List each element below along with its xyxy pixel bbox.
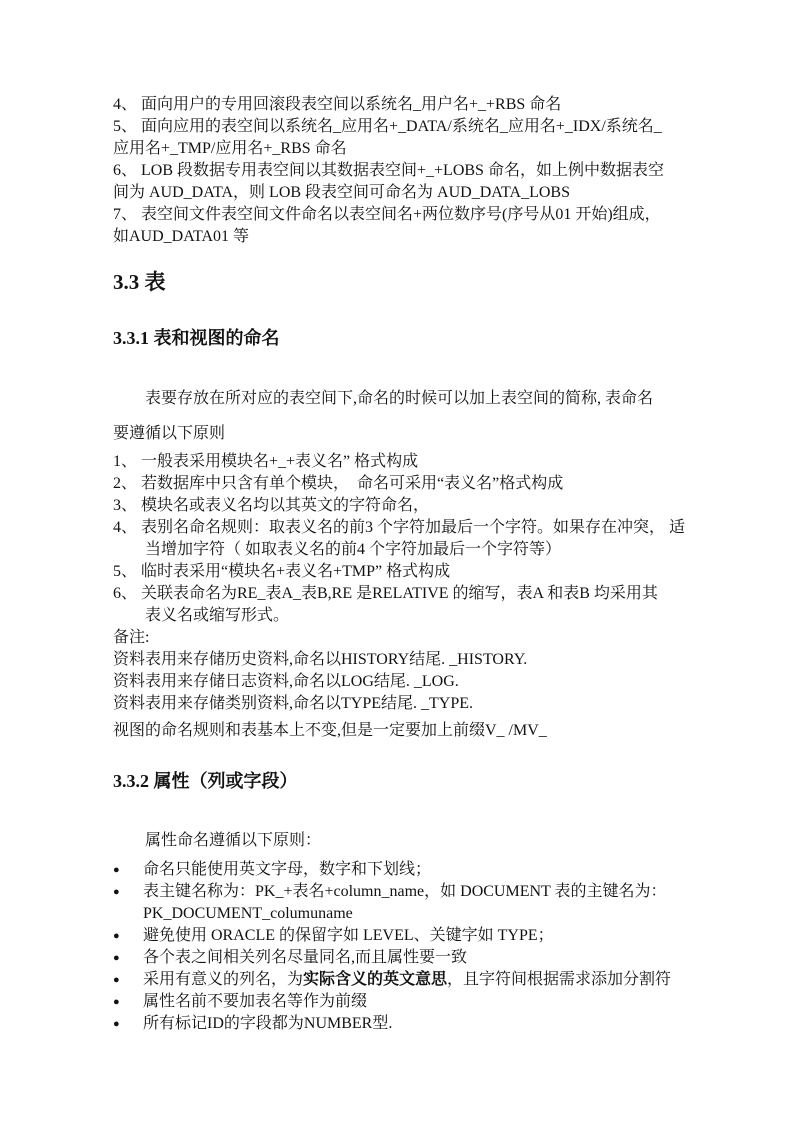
section-heading-3-3: 3.3 表 <box>113 267 733 297</box>
line-text: 6、 关联表命名为RE_表A_表B,RE 是RELATIVE 的缩写，表A 和表… <box>113 585 658 602</box>
section-heading-3-3-2: 3.3.2 属性（列或字段） <box>113 768 733 794</box>
text-line: ●表要存放在所对应的表空间下,命名的时候可以加上表空间的简称, 表命名 <box>113 381 733 416</box>
text-line: ●PK_DOCUMENT_columuname <box>113 903 733 925</box>
text-line: ●3、 模块名或表义名均以其英文的字符命名， <box>113 495 733 517</box>
text-line: ●各个表之间相关列名尽量同名,而且属性要一致 <box>113 947 733 969</box>
line-text-bold: 实际含义的英文意思 <box>303 971 447 988</box>
table-naming-intro: ●表要存放在所对应的表空间下,命名的时候可以加上表空间的简称, 表命名 ●要遵循… <box>113 381 733 451</box>
text-line: ●1、 一般表采用模块名+_+表义名” 格式构成 <box>113 451 733 473</box>
text-line: ●资料表用来存储日志资料,命名以LOG结尾. _LOG. <box>113 671 733 693</box>
line-text-post: ，且字符间根据需求添加分割符 <box>447 971 671 988</box>
text-line: ●当增加字符（ 如取表义名的前4 个字符加最后一个字符等） <box>113 539 733 561</box>
bullet-icon: ● <box>113 969 143 991</box>
bullet-icon: ● <box>113 881 143 903</box>
line-text: 要遵循以下原则 <box>113 425 225 442</box>
line-text: PK_DOCUMENT_columuname <box>143 905 353 922</box>
line-text: 当增加字符（ 如取表义名的前4 个字符加最后一个字符等） <box>145 541 561 558</box>
line-text: 表主键名称为：PK_+表名+column_name，如 DOCUMENT 表的主… <box>143 883 667 900</box>
section-heading-3-3-1: 3.3.1 表和视图的命名 <box>113 325 733 351</box>
line-text: 资料表用来存储历史资料,命名以HISTORY结尾. _HISTORY. <box>113 651 527 668</box>
text-line: ●备注: <box>113 627 733 649</box>
line-text: 属性名前不要加表名等作为前缀 <box>143 993 367 1010</box>
text-line: ●资料表用来存储历史资料,命名以HISTORY结尾. _HISTORY. <box>113 649 733 671</box>
line-text: 备注: <box>113 629 149 646</box>
line-text: 6、 LOB 段数据专用表空间以其数据表空间+_+LOBS 命名，如上例中数据表… <box>113 162 664 179</box>
line-text: 7、 表空间文件表空间文件命名以表空间名+两位数序号(序号从01 开始)组成， <box>113 206 661 223</box>
text-line: ●属性名前不要加表名等作为前缀 <box>113 991 733 1013</box>
text-line: ●4、 表别名命名规则：取表义名的前3 个字符加最后一个字符。如果存在冲突， 适 <box>113 517 733 539</box>
line-text: 如AUD_DATA01 等 <box>113 228 249 245</box>
line-text: 3、 模块名或表义名均以其英文的字符命名， <box>113 497 429 514</box>
text-line: ●6、 关联表命名为RE_表A_表B,RE 是RELATIVE 的缩写，表A 和… <box>113 583 733 605</box>
line-text: 5、 面向应用的表空间以系统名_应用名+_DATA/系统名_应用名+_IDX/系… <box>113 118 662 135</box>
document-page: ●4、 面向用户的专用回滚段表空间以系统名_用户名+_+RBS 命名 ●5、 面… <box>0 0 793 1122</box>
text-line: ●应用名+_TMP/应用名+_RBS 命名 <box>113 138 733 160</box>
line-text: 应用名+_TMP/应用名+_RBS 命名 <box>113 140 347 157</box>
line-text: 间为 AUD_DATA，则 LOB 段表空间可命名为 AUD_DATA_LOBS <box>113 184 570 201</box>
line-text: 命名只能使用英文字母，数字和下划线； <box>143 861 431 878</box>
text-line: ●资料表用来存储类别资料,命名以TYPE结尾. _TYPE. <box>113 693 733 715</box>
text-line: ●2、 若数据库中只含有单个模块， 命名可采用“表义名”格式构成 <box>113 473 733 495</box>
text-line: ●间为 AUD_DATA，则 LOB 段表空间可命名为 AUD_DATA_LOB… <box>113 182 733 204</box>
bullet-icon: ● <box>113 1013 143 1035</box>
text-line: ●7、 表空间文件表空间文件命名以表空间名+两位数序号(序号从01 开始)组成， <box>113 204 733 226</box>
line-text: 各个表之间相关列名尽量同名,而且属性要一致 <box>143 949 467 966</box>
text-line: ●表主键名称为：PK_+表名+column_name，如 DOCUMENT 表的… <box>113 881 733 903</box>
line-text: 2、 若数据库中只含有单个模块， 命名可采用“表义名”格式构成 <box>113 475 563 492</box>
text-line: ●避免使用 ORACLE 的保留字如 LEVEL、关键字如 TYPE； <box>113 925 733 947</box>
text-line: ●采用有意义的列名，为实际含义的英文意思，且字符间根据需求添加分割符 <box>113 969 733 991</box>
attribute-naming-rules: ●命名只能使用英文字母，数字和下划线； ●表主键名称为：PK_+表名+colum… <box>113 859 733 1035</box>
line-text: 5、 临时表采用“模块名+表义名+TMP” 格式构成 <box>113 563 450 580</box>
text-line: ●5、 面向应用的表空间以系统名_应用名+_DATA/系统名_应用名+_IDX/… <box>113 116 733 138</box>
text-line: ●所有标记ID的字段都为NUMBER型. <box>113 1013 733 1035</box>
line-text: 资料表用来存储日志资料,命名以LOG结尾. _LOG. <box>113 673 459 690</box>
text-line: ●要遵循以下原则 <box>113 416 733 451</box>
line-text: 4、 面向用户的专用回滚段表空间以系统名_用户名+_+RBS 命名 <box>113 96 561 113</box>
bullet-icon: ● <box>113 991 143 1013</box>
bullet-icon: ● <box>113 925 143 947</box>
bullet-icon: ● <box>113 859 143 881</box>
text-line: ●命名只能使用英文字母，数字和下划线； <box>113 859 733 881</box>
attribute-naming-intro: 属性命名遵循以下原则： <box>113 830 733 852</box>
text-line: ●如AUD_DATA01 等 <box>113 226 733 248</box>
text-line: ●5、 临时表采用“模块名+表义名+TMP” 格式构成 <box>113 561 733 583</box>
line-text: 4、 表别名命名规则：取表义名的前3 个字符加最后一个字符。如果存在冲突， 适 <box>113 519 685 536</box>
text-line: ●表义名或缩写形式。 <box>113 605 733 627</box>
line-text: 资料表用来存储类别资料,命名以TYPE结尾. _TYPE. <box>113 695 473 712</box>
table-naming-rules: ●1、 一般表采用模块名+_+表义名” 格式构成 ●2、 若数据库中只含有单个模… <box>113 451 733 715</box>
line-text: 表要存放在所对应的表空间下,命名的时候可以加上表空间的简称, 表命名 <box>145 390 653 407</box>
line-text: 所有标记ID的字段都为NUMBER型. <box>143 1015 392 1032</box>
tablespace-naming-rules: ●4、 面向用户的专用回滚段表空间以系统名_用户名+_+RBS 命名 ●5、 面… <box>113 94 733 248</box>
view-naming-note: 视图的命名规则和表基本上不变,但是一定要加上前缀V_ /MV_ <box>113 720 733 742</box>
line-text: 表义名或缩写形式。 <box>145 607 289 624</box>
line-text-pre: 采用有意义的列名，为 <box>143 971 303 988</box>
line-text: 避免使用 ORACLE 的保留字如 LEVEL、关键字如 TYPE； <box>143 927 554 944</box>
text-line: ●4、 面向用户的专用回滚段表空间以系统名_用户名+_+RBS 命名 <box>113 94 733 116</box>
line-text: 1、 一般表采用模块名+_+表义名” 格式构成 <box>113 453 418 470</box>
bullet-icon: ● <box>113 947 143 969</box>
text-line: ●6、 LOB 段数据专用表空间以其数据表空间+_+LOBS 命名，如上例中数据… <box>113 160 733 182</box>
